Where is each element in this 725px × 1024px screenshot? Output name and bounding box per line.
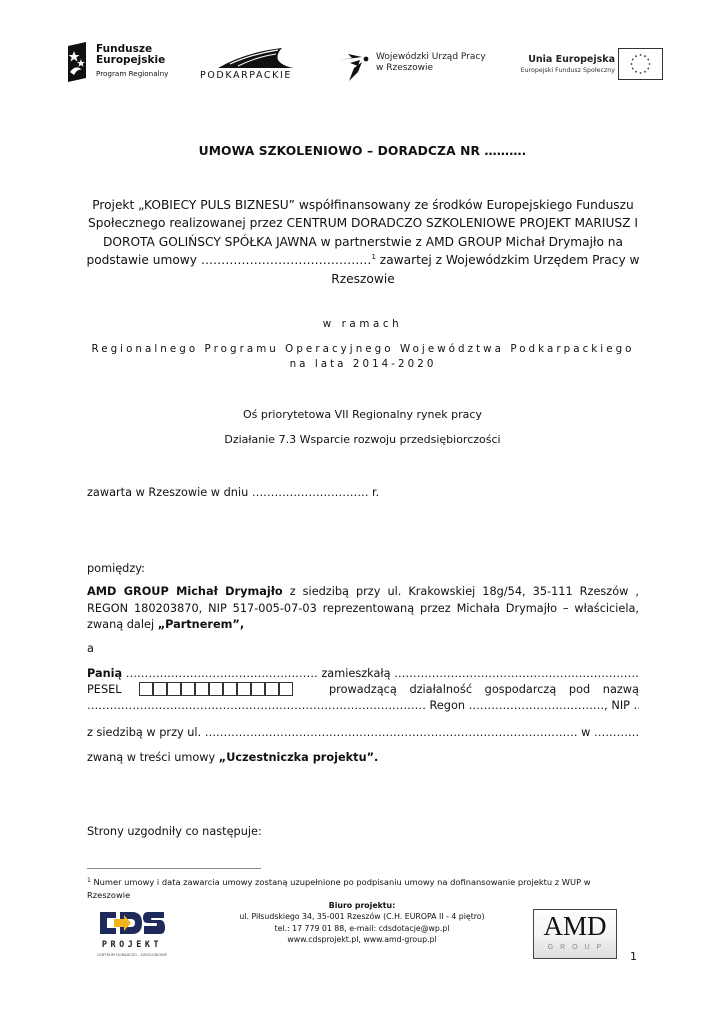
cds-projekt-text: PROJEKT — [88, 940, 176, 950]
cds-letters-icon — [96, 908, 168, 938]
unia-line2: Europejski Fundusz Społeczny — [510, 66, 615, 76]
wup-line2: w Rzeszowie — [376, 63, 433, 74]
podkarpackie-text: PODKARPACKIE — [200, 70, 292, 81]
address-line: z siedzibą w przy ul. ………………………………………………… — [87, 725, 639, 742]
project-office: Biuro projektu: ul. Piłsudskiego 34, 35-… — [220, 900, 504, 945]
wup-logo: Wojewódzki Urząd Pracy w Rzeszowie — [338, 48, 488, 82]
footnote: 1 Numer umowy i data zawarcia umowy zost… — [87, 876, 607, 901]
office-header: Biuro projektu: — [220, 900, 504, 911]
amd-text: AMD — [534, 911, 616, 941]
partner-paragraph: AMD GROUP Michał Drymajło z siedzibą prz… — [87, 584, 639, 634]
pania-fields: …………………………………………… zamieszkałą …………………………… — [122, 667, 639, 680]
pesel-digit-box[interactable] — [153, 682, 167, 696]
program-name: Regionalnego Programu Operacyjnego Wojew… — [72, 342, 654, 372]
document-title: UMOWA SZKOLENIOWO – DORADCZA NR ………. — [0, 144, 725, 158]
program-line1: Regionalnego Programu Operacyjnego Wojew… — [72, 342, 654, 357]
project-intro: Projekt „KOBIECY PULS BIZNESU” współfina… — [82, 196, 644, 288]
podkarpackie-arc-icon — [216, 46, 296, 70]
podkarpackie-logo: PODKARPACKIE — [198, 46, 308, 84]
fundusze-star-icon — [66, 42, 88, 82]
w-ramach: w ramach — [0, 318, 725, 330]
intro-text-end: zawartej z Wojewódzkim Urzędem Pracy w R… — [331, 253, 639, 285]
unia-line1: Unia Europejska — [510, 54, 615, 66]
word: działalność — [409, 682, 472, 699]
cds-sub-text: CENTRUM DORADCZO - SZKOLENIOWE — [88, 953, 176, 957]
office-address: ul. Piłsudskiego 34, 35-001 Rzeszów (C.H… — [220, 911, 504, 922]
eu-flag-icon — [618, 48, 663, 80]
pania-label: Panią — [87, 667, 122, 680]
wup-bird-icon — [338, 48, 374, 82]
pesel-digit-box[interactable] — [279, 682, 293, 696]
pesel-digit-box[interactable] — [237, 682, 251, 696]
footnote-text: Numer umowy i data zawarcia umowy zostan… — [87, 877, 591, 900]
pesel-row: PESEL prowadzącą działalność gospodarczą… — [87, 681, 639, 699]
word: nazwą — [603, 682, 639, 699]
pesel-digit-box[interactable] — [265, 682, 279, 696]
pesel-digit-box[interactable] — [195, 682, 209, 696]
partner-name: AMD GROUP Michał Drymajło — [87, 585, 283, 598]
pesel-digit-box[interactable] — [181, 682, 195, 696]
pesel-digit-box[interactable] — [167, 682, 181, 696]
office-websites: www.cdsprojekt.pl, www.amd-group.pl — [220, 934, 504, 945]
word: pod — [569, 682, 590, 699]
firm-regon-nip-line: ……………………………………………………………………………… Regon ………… — [87, 698, 639, 715]
pesel-digit-box[interactable] — [251, 682, 265, 696]
alias-prefix: zwaną w treści umowy — [87, 751, 219, 764]
amd-group-logo: AMD GROUP — [533, 909, 617, 959]
fundusze-europejskie-logo: Fundusze Europejskie Program Regionalny — [66, 42, 178, 84]
cds-projekt-logo: PROJEKT CENTRUM DORADCZO - SZKOLENIOWE — [88, 906, 176, 966]
fundusze-line2: Europejskie — [96, 55, 165, 66]
footnote-separator — [87, 868, 261, 869]
business-text: prowadzącą działalność gospodarczą pod n… — [329, 682, 639, 699]
wup-line1: Wojewódzki Urząd Pracy — [376, 52, 486, 63]
pesel-label: PESEL — [87, 682, 122, 699]
participant-alias-line: zwaną w treści umowy „Uczestniczka proje… — [87, 750, 378, 767]
pesel-digit-box[interactable] — [209, 682, 223, 696]
pesel-input[interactable] — [139, 682, 293, 696]
partner-alias: „Partnerem”, — [158, 618, 244, 631]
concluded-line: zawarta w Rzeszowie w dniu …………………………. r… — [87, 485, 379, 502]
unia-europejska-logo: Unia Europejska Europejski Fundusz Społe… — [510, 54, 615, 82]
amd-group-text: GROUP — [534, 944, 616, 951]
program-line2: na lata 2014-2020 — [72, 357, 654, 372]
pesel-digit-box[interactable] — [223, 682, 237, 696]
page-number: 1 — [630, 950, 637, 963]
parties-agreed: Strony uzgodniły co następuje: — [87, 824, 262, 841]
between-label: pomiędzy: — [87, 561, 145, 578]
conjunction-a: a — [87, 641, 94, 658]
fundusze-line3: Program Regionalny — [96, 69, 168, 78]
word: prowadzącą — [329, 682, 397, 699]
participant-alias: „Uczestniczka projektu”. — [219, 751, 379, 764]
measure: Działanie 7.3 Wsparcie rozwoju przedsięb… — [0, 433, 725, 446]
pesel-digit-box[interactable] — [139, 682, 153, 696]
priority-axis: Oś priorytetowa VII Regionalny rynek pra… — [0, 408, 725, 421]
word: gospodarczą — [485, 682, 557, 699]
office-contact: tel.: 17 779 01 88, e-mail: cdsdotacje@w… — [220, 923, 504, 934]
